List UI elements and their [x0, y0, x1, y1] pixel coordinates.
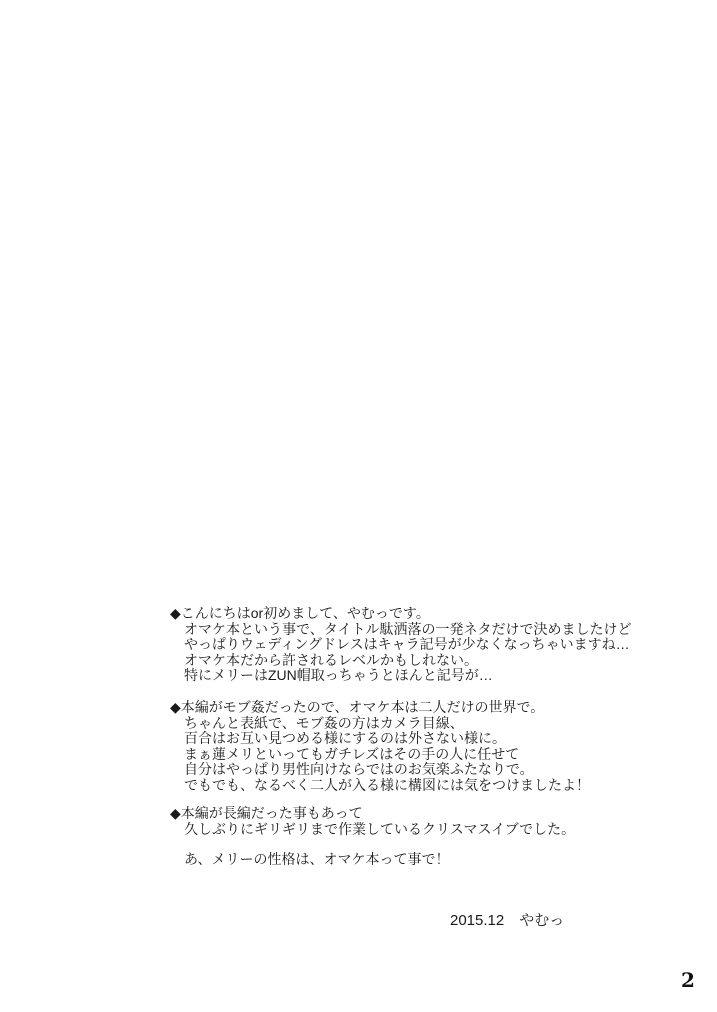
afterword-line: ◆本編が長編だった事もあって	[170, 806, 575, 822]
afterword-line: やっぱりウェディングドレスはキャラ記号が少なくなっちゃいますね…	[184, 637, 631, 653]
afterword-block-cover-talk: ◆本編がモブ姦だったので、オマケ本は二人だけの世界で。 ちゃんと表紙で、モブ姦の…	[170, 700, 590, 794]
afterword-block-closing: ◆本編が長編だった事もあって 久しぶりにギリギリまで作業しているクリスマスイブで…	[170, 806, 575, 837]
afterword-page: ◆こんにちはor初めまして、やむっです。 オマケ本という事で、タイトル駄洒落の一…	[0, 0, 717, 1012]
afterword-line: ちゃんと表紙で、モブ姦の方はカメラ目線、	[184, 716, 590, 732]
afterword-line: ◆こんにちはor初めまして、やむっです。	[170, 606, 631, 622]
afterword-line: オマケ本だから許されるレベルかもしれない。	[184, 653, 631, 669]
page-number: 2	[681, 968, 695, 992]
afterword-line: でもでも、なるべく二人が入る様に構図には気をつけましたよ！	[184, 778, 590, 794]
afterword-note: あ、メリーの性格は、オマケ本って事で！	[184, 852, 449, 868]
afterword-line: 百合はお互い見つめる様にするのは外さない様に。	[184, 731, 590, 747]
afterword-line: 特にメリーはZUN帽取っちゃうとほんと記号が…	[184, 668, 631, 684]
afterword-line: 久しぶりにギリギリまで作業しているクリスマスイブでした。	[184, 822, 575, 838]
afterword-line: オマケ本という事で、タイトル駄洒落の一発ネタだけで決めましたけど	[184, 622, 631, 638]
afterword-line: ◆本編がモブ姦だったので、オマケ本は二人だけの世界で。	[170, 700, 590, 716]
afterword-line: まぁ蓮メリといってもガチレズはその手の人に任せて	[184, 747, 590, 763]
signature-line: 2015.12 やむっ	[450, 913, 564, 929]
afterword-line: 自分はやっぱり男性向けならではのお気楽ふたなりで。	[184, 762, 590, 778]
afterword-block-greeting: ◆こんにちはor初めまして、やむっです。 オマケ本という事で、タイトル駄洒落の一…	[170, 606, 631, 684]
